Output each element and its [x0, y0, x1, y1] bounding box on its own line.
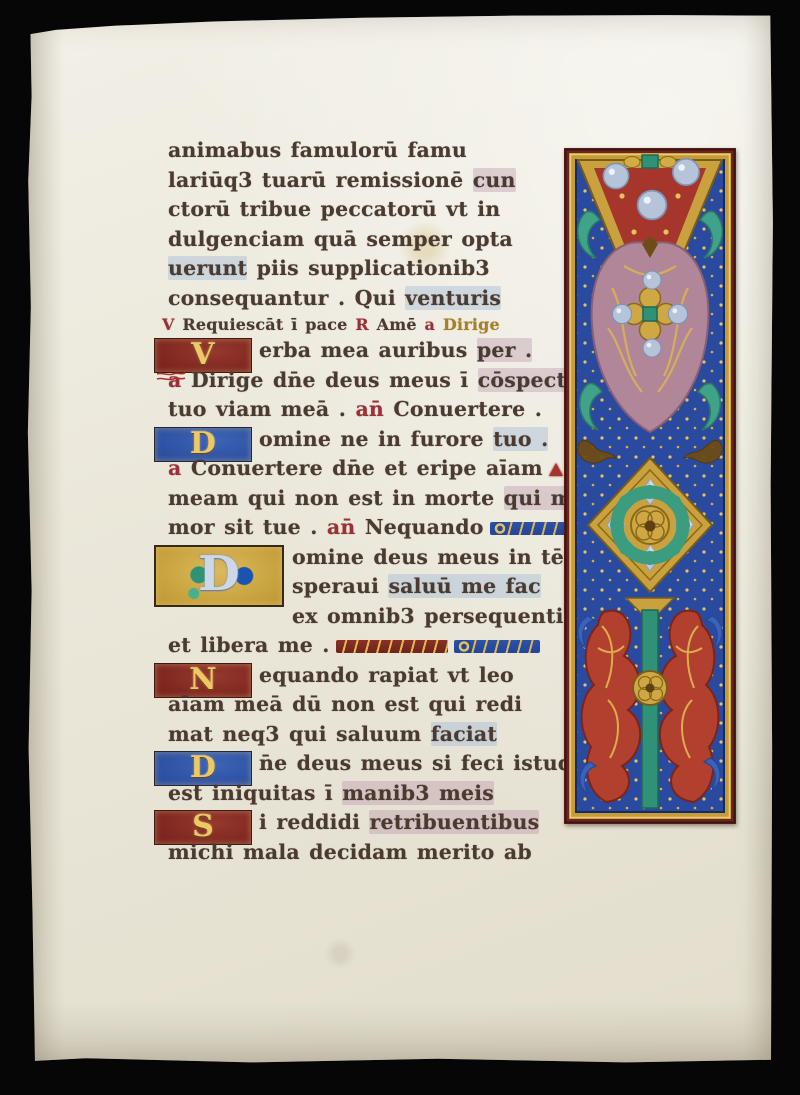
- text-segment: venturis: [405, 286, 501, 310]
- text-segment: erba mea auribus: [259, 338, 477, 362]
- text-segment: Conuertere .: [393, 397, 542, 421]
- line-filler-blue-gold: [454, 640, 540, 653]
- text-line: a Conuertere dn̄e et eripe aīam: [168, 454, 572, 484]
- text-segment: meam qui non est in morte: [168, 486, 504, 510]
- text-segment: saluū me fac: [388, 574, 540, 598]
- text-segment: Dirige dn̄e deus meus ī: [191, 368, 478, 392]
- text-segment: aīam meā dū non est qui redi: [168, 692, 522, 716]
- text-line: tuo viam meā . an̄ Conuertere .: [168, 395, 572, 425]
- text-segment: omine ne in furore: [259, 427, 493, 451]
- text-line: mat neq3 qui saluum faciat: [168, 720, 572, 750]
- text-segment: R: [355, 315, 376, 334]
- text-line: meam qui non est in morte qui me: [168, 484, 572, 514]
- text-line: mor sit tue . an̄ Nequando: [168, 513, 572, 543]
- text-line: Domine ne in furore tuo .: [168, 425, 572, 455]
- red-acanthus-motif: [578, 598, 722, 808]
- text-segment: Nequando: [365, 515, 484, 539]
- text-segment: an̄: [327, 515, 365, 539]
- text-segment: speraui: [292, 574, 388, 598]
- text-segment: mat neq3 qui saluum: [168, 722, 431, 746]
- text-segment: tuo .: [493, 427, 548, 451]
- text-segment: omine deus meus in tē: [292, 545, 564, 569]
- text-segment: et libera me .: [168, 633, 330, 657]
- text-segment: retribuentibus: [369, 810, 539, 834]
- text-line: Verba mea auribus per .: [168, 336, 572, 366]
- text-segment: i reddidi: [259, 810, 369, 834]
- text-segment: Dirige: [443, 315, 500, 334]
- text-segment: equando rapiat vt leo: [259, 663, 514, 687]
- text-line: dulgenciam quā semper opta: [168, 225, 572, 255]
- text-line: michi mala decidam merito ab: [168, 838, 572, 868]
- text-segment: Requiescāt ī pace: [182, 315, 355, 334]
- text-line: uerunt piis supplicationib3: [168, 254, 572, 284]
- text-segment: tuo viam meā .: [168, 397, 355, 421]
- text-line: est iniquitas ī manib3 meis: [168, 779, 572, 809]
- text-line: V Requiescāt ī pace R Amē a Dirige: [162, 313, 572, 336]
- line-filler-blue-gold: [490, 522, 576, 535]
- text-line: a Dirige dn̄e deus meus ī cōspectu: [168, 366, 572, 396]
- parchment-leaf: animabus famulorū famulariūq3 tuarū remi…: [26, 12, 774, 1064]
- text-segment: uerunt: [168, 256, 247, 280]
- text-segment: cun: [473, 168, 516, 192]
- text-segment: V: [162, 315, 182, 334]
- text-segment: michi mala decidam merito ab: [168, 840, 532, 864]
- text-segment: a: [168, 456, 191, 480]
- text-line: animabus famulorū famu: [168, 136, 572, 166]
- text-segment: mor sit tue .: [168, 515, 327, 539]
- text-line: et libera me .: [168, 631, 572, 661]
- text-segment: lariūq3 tuarū remissionē: [168, 168, 473, 192]
- text-segment: piis supplicationib3: [247, 256, 490, 280]
- line-filler-triangle: [549, 463, 563, 476]
- manuscript-photo: animabus famulorū famulariūq3 tuarū remi…: [0, 0, 800, 1095]
- text-segment: a: [425, 315, 443, 334]
- red-pen-flourish: [156, 371, 186, 381]
- text-segment: Amē: [377, 315, 425, 334]
- text-segment: manib3 meis: [342, 781, 494, 805]
- text-line: lariūq3 tuarū remissionē cun: [168, 166, 572, 196]
- text-segment: est iniquitas ī: [168, 781, 342, 805]
- illuminated-initial-d: D: [154, 545, 284, 607]
- text-segment: consequantur . Qui: [168, 286, 405, 310]
- text-line: ctorū tribue peccatorū vt in: [168, 195, 572, 225]
- text-line: Dn̄e deus meus si feci istud si: [168, 749, 572, 779]
- text-segment: animabus famulorū famu: [168, 138, 467, 162]
- text-segment: dulgenciam quā semper opta: [168, 227, 513, 251]
- text-line: Nequando rapiat vt leo: [168, 661, 572, 691]
- border-panel: [564, 148, 736, 824]
- text-segment: per .: [477, 338, 532, 362]
- text-line: Si reddidi retribuentibus: [168, 808, 572, 838]
- line-filler-red-gold: [336, 640, 448, 653]
- text-segment: n̄e deus meus si feci istud si: [259, 751, 601, 775]
- text-segment: Conuertere dn̄e et eripe aīam: [191, 456, 543, 480]
- text-line: aīam meā dū non est qui redi: [168, 690, 572, 720]
- text-block: animabus famulorū famulariūq3 tuarū remi…: [168, 136, 572, 867]
- text-segment: ctorū tribue peccatorū vt in: [168, 197, 500, 221]
- text-segment: an̄: [355, 397, 393, 421]
- text-line: consequantur . Qui venturis: [168, 284, 572, 314]
- text-segment: faciat: [431, 722, 497, 746]
